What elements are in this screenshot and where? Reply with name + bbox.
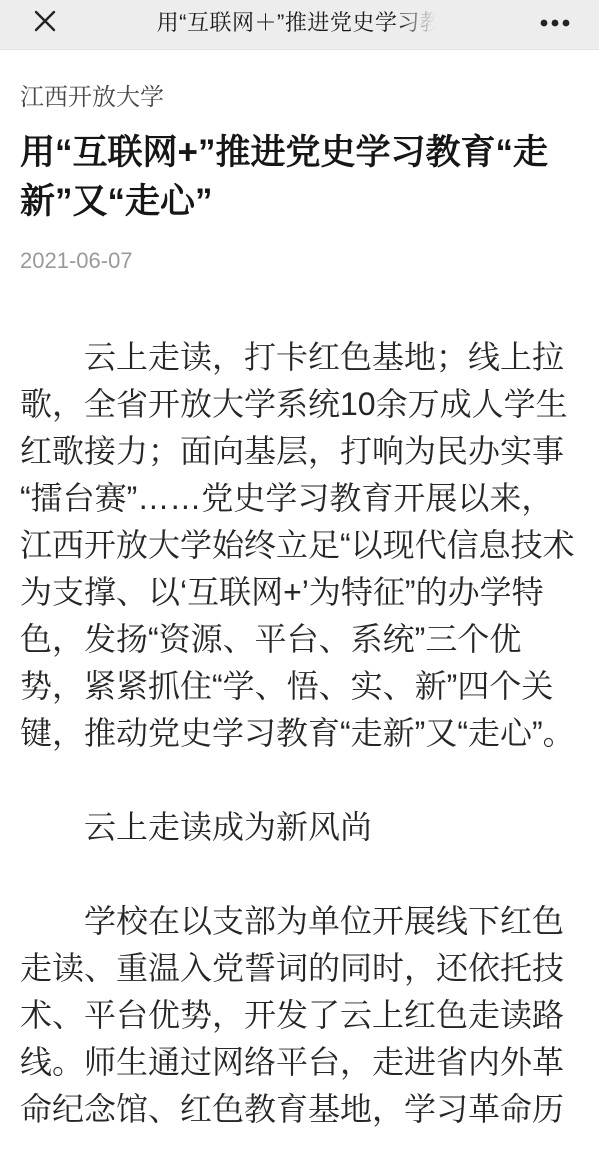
paragraph: 学校在以支部为单位开展线下红色走读、重温入党誓词的同时，还依托技术、平台优势，开…: [20, 898, 579, 1133]
close-icon: [33, 9, 57, 36]
more-menu-button[interactable]: [538, 10, 572, 36]
article-page: 江西开放大学 用“互联网+”推进党史学习教育“走新”又“走心” 2021-06-…: [0, 83, 599, 1133]
section-subheading: 云上走读成为新风尚: [20, 804, 579, 851]
article-title: 用“互联网+”推进党史学习教育“走新”又“走心”: [20, 128, 579, 226]
navbar-title-wrap: 用“互联网＋”推进党史学习教: [157, 7, 443, 39]
navbar-title: 用“互联网＋”推进党史学习教: [157, 10, 443, 35]
more-icon: [539, 16, 571, 31]
paragraph: 云上走读，打卡红色基地；线上拉歌，全省开放大学系统10余万成人学生红歌接力；面向…: [20, 334, 579, 757]
article-body: 云上走读，打卡红色基地；线上拉歌，全省开放大学系统10余万成人学生红歌接力；面向…: [20, 334, 579, 1133]
close-button[interactable]: [30, 7, 60, 37]
account-name-link[interactable]: 江西开放大学: [20, 83, 579, 113]
article-date: 2021-06-07: [20, 247, 579, 275]
navbar: 用“互联网＋”推进党史学习教: [0, 0, 599, 50]
